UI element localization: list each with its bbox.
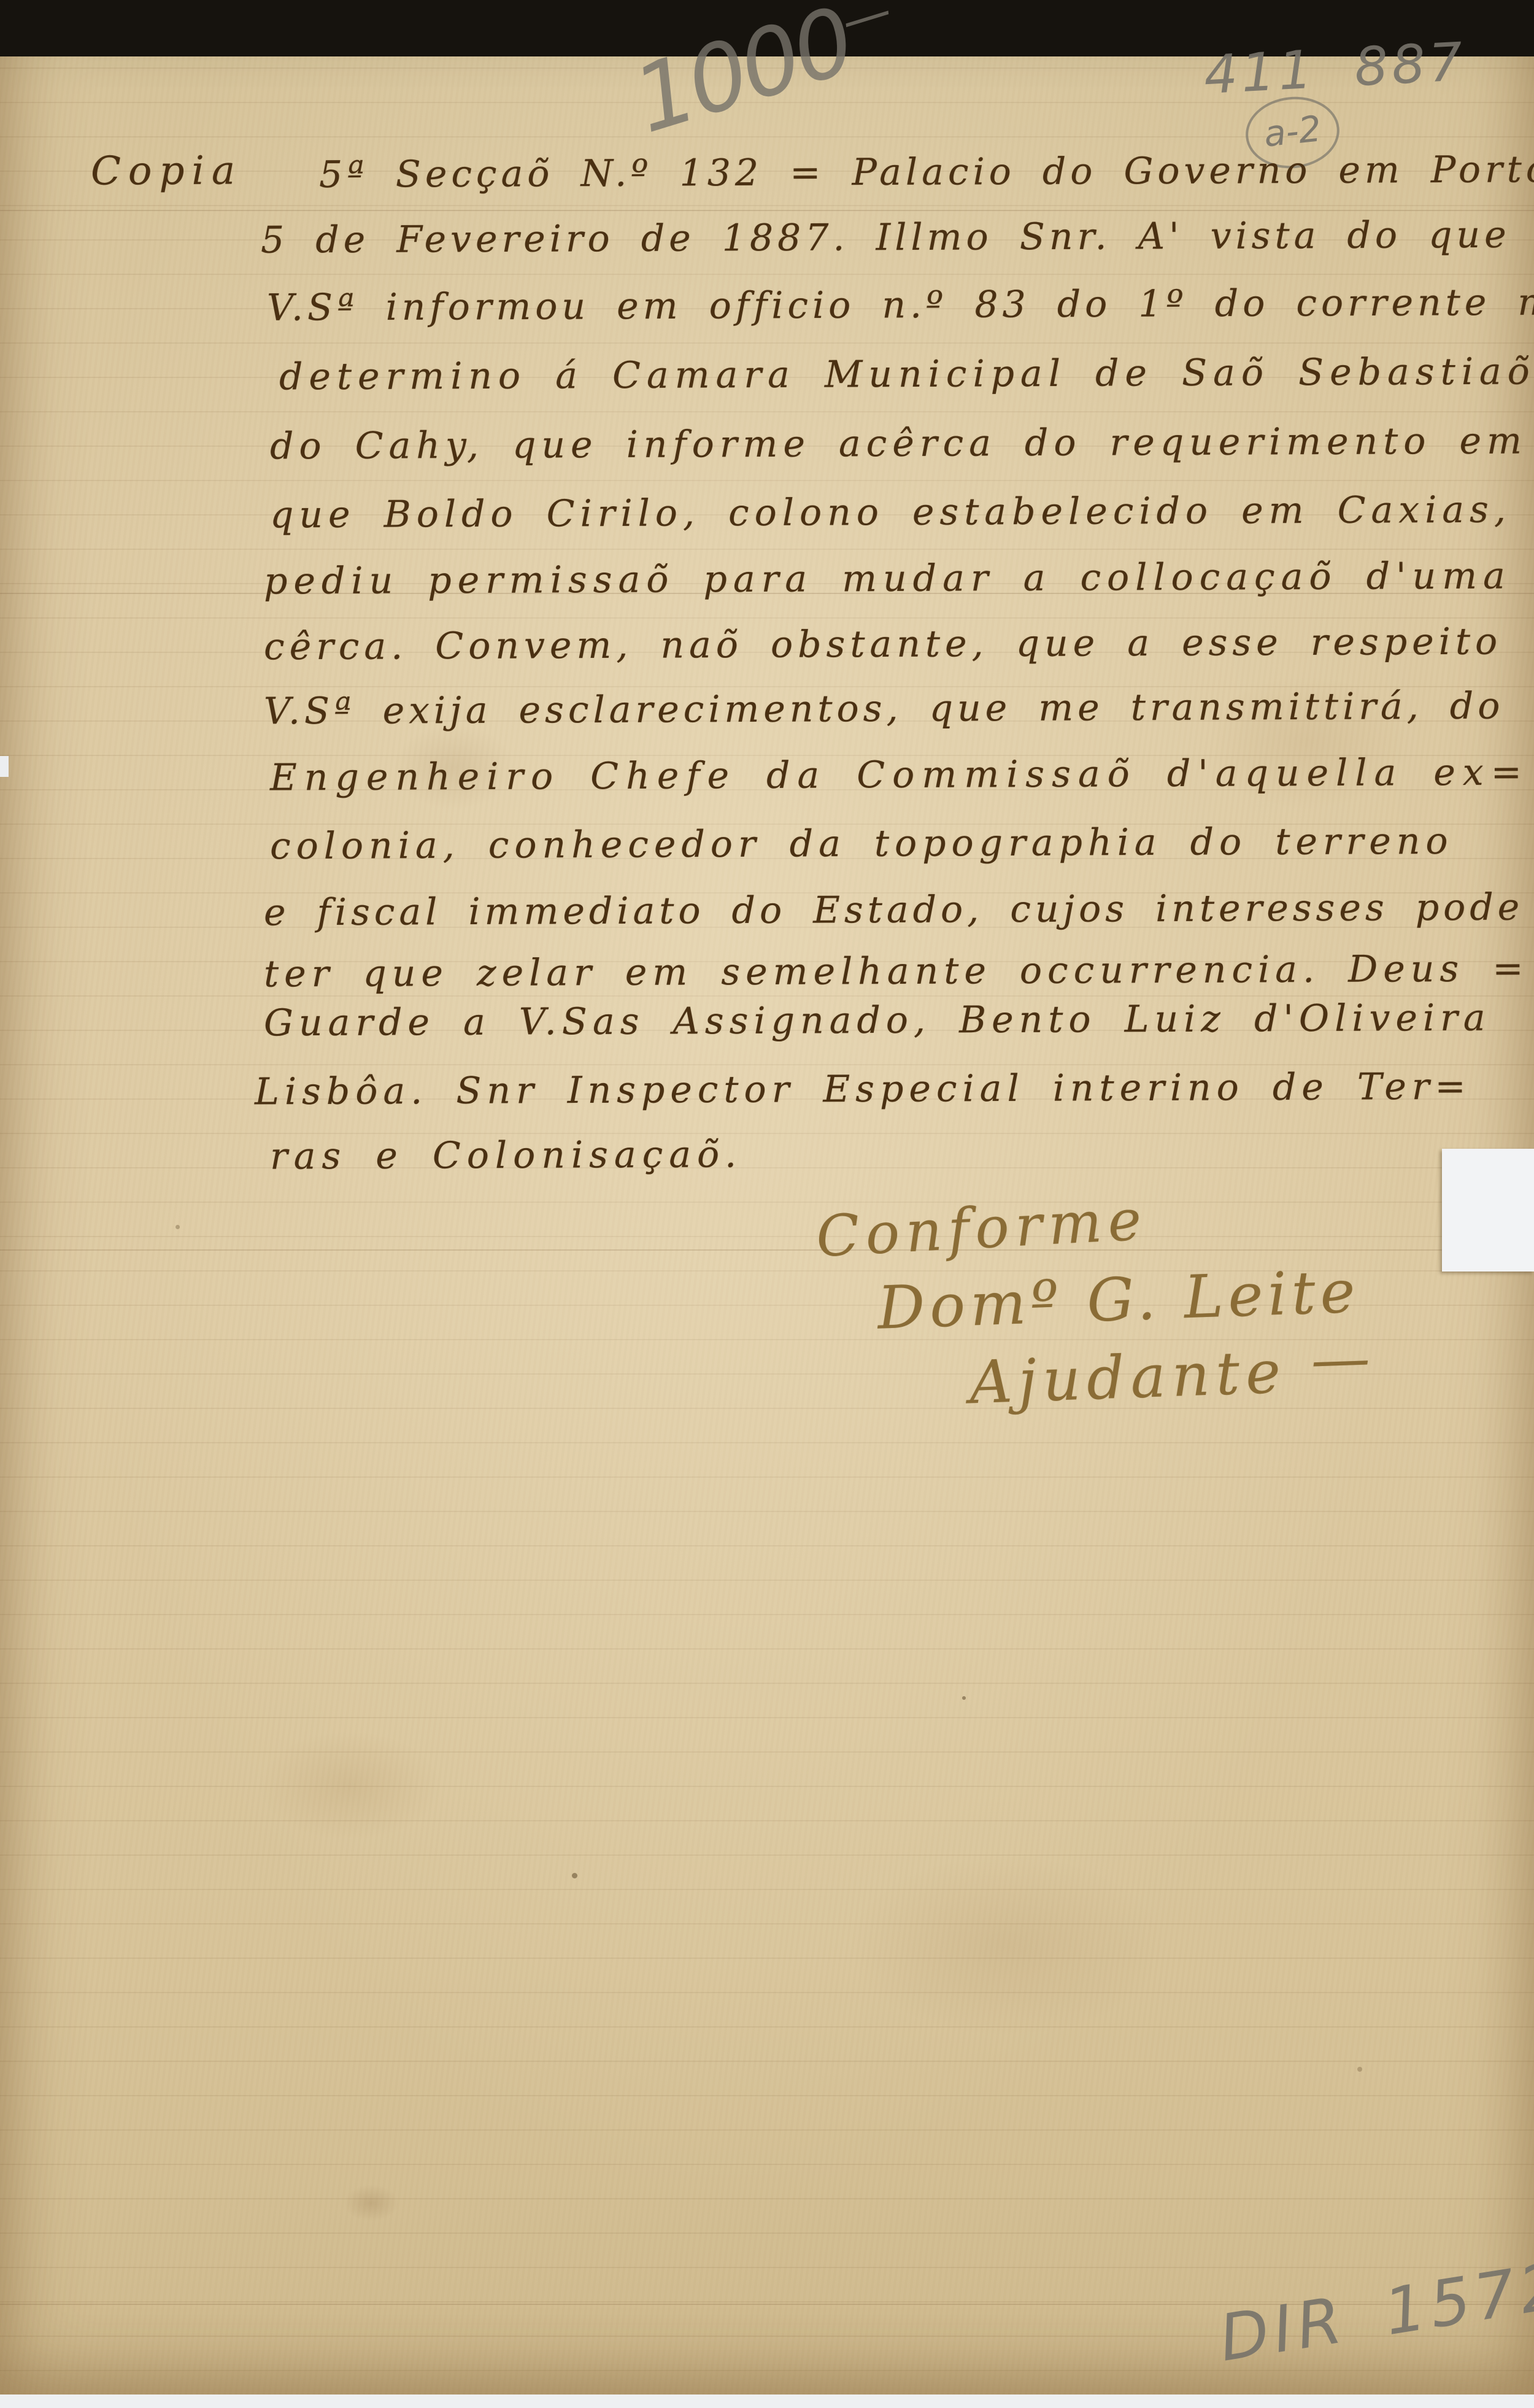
ink-speck [962, 1696, 966, 1700]
signature-title-text: Ajudante [968, 1337, 1287, 1417]
letter-line-11: colonia, conhecedor da topographia do te… [270, 820, 1454, 868]
letter-line-7: pediu permissaõ para mudar a collocaçaõ … [264, 555, 1511, 603]
letter-line-5: do Cahy, que informe acêrca do requerime… [270, 420, 1527, 468]
scanned-document: { "document": { "kind": "handwritten arc… [0, 0, 1534, 2408]
letter-line-1: 5ª Secçaõ N.º 132 = Palacio do Governo e… [319, 147, 1534, 196]
signature-title: Ajudante — [968, 1335, 1371, 1418]
letter-line-15: Lisbôa. Snr Inspector Especial interino … [255, 1065, 1471, 1114]
paper-nick [0, 756, 9, 777]
paper-tear [1442, 1149, 1534, 1272]
letter-line-13: ter que zelar em semelhante occurrencia.… [264, 947, 1529, 996]
letter-line-8: cêrca. Convem, naõ obstante, que a esse … [264, 620, 1502, 669]
ruled-line [0, 210, 1534, 211]
letter-line-4: determino á Camara Municipal de Saõ Seba… [279, 350, 1534, 399]
letter-line-10: Engenheiro Chefe da Commissaõ d'aquella … [270, 751, 1529, 800]
letter-line-12: e fiscal immediato do Estado, cujos inte… [264, 886, 1524, 935]
margin-word-copia: Copia [91, 148, 242, 194]
ink-speck [572, 1873, 577, 1878]
ruled-line [0, 1249, 1534, 1251]
paper-stain [847, 1853, 1166, 2037]
ink-speck [175, 1225, 180, 1229]
ink-speck [1357, 2067, 1362, 2072]
letter-line-2: 5 de Fevereiro de 1887. Illmo Snr. A' vi… [261, 213, 1534, 261]
letter-line-9: V.Sª exija esclarecimentos, que me trans… [264, 685, 1505, 733]
letter-line-3: V.Sª informou em officio n.º 83 do 1º do… [267, 280, 1534, 330]
signature-flourish: — [1310, 1324, 1371, 1394]
letter-line-14: Guarde a V.Sas Assignado, Bento Luiz d'O… [264, 997, 1491, 1045]
paper-stain [344, 2185, 399, 2221]
paper-stain [258, 1731, 442, 1841]
letter-line-16: ras e Colonisaçaõ. [270, 1133, 742, 1178]
letter-line-6: que Boldo Cirilo, colono estabelecido em… [270, 488, 1511, 537]
